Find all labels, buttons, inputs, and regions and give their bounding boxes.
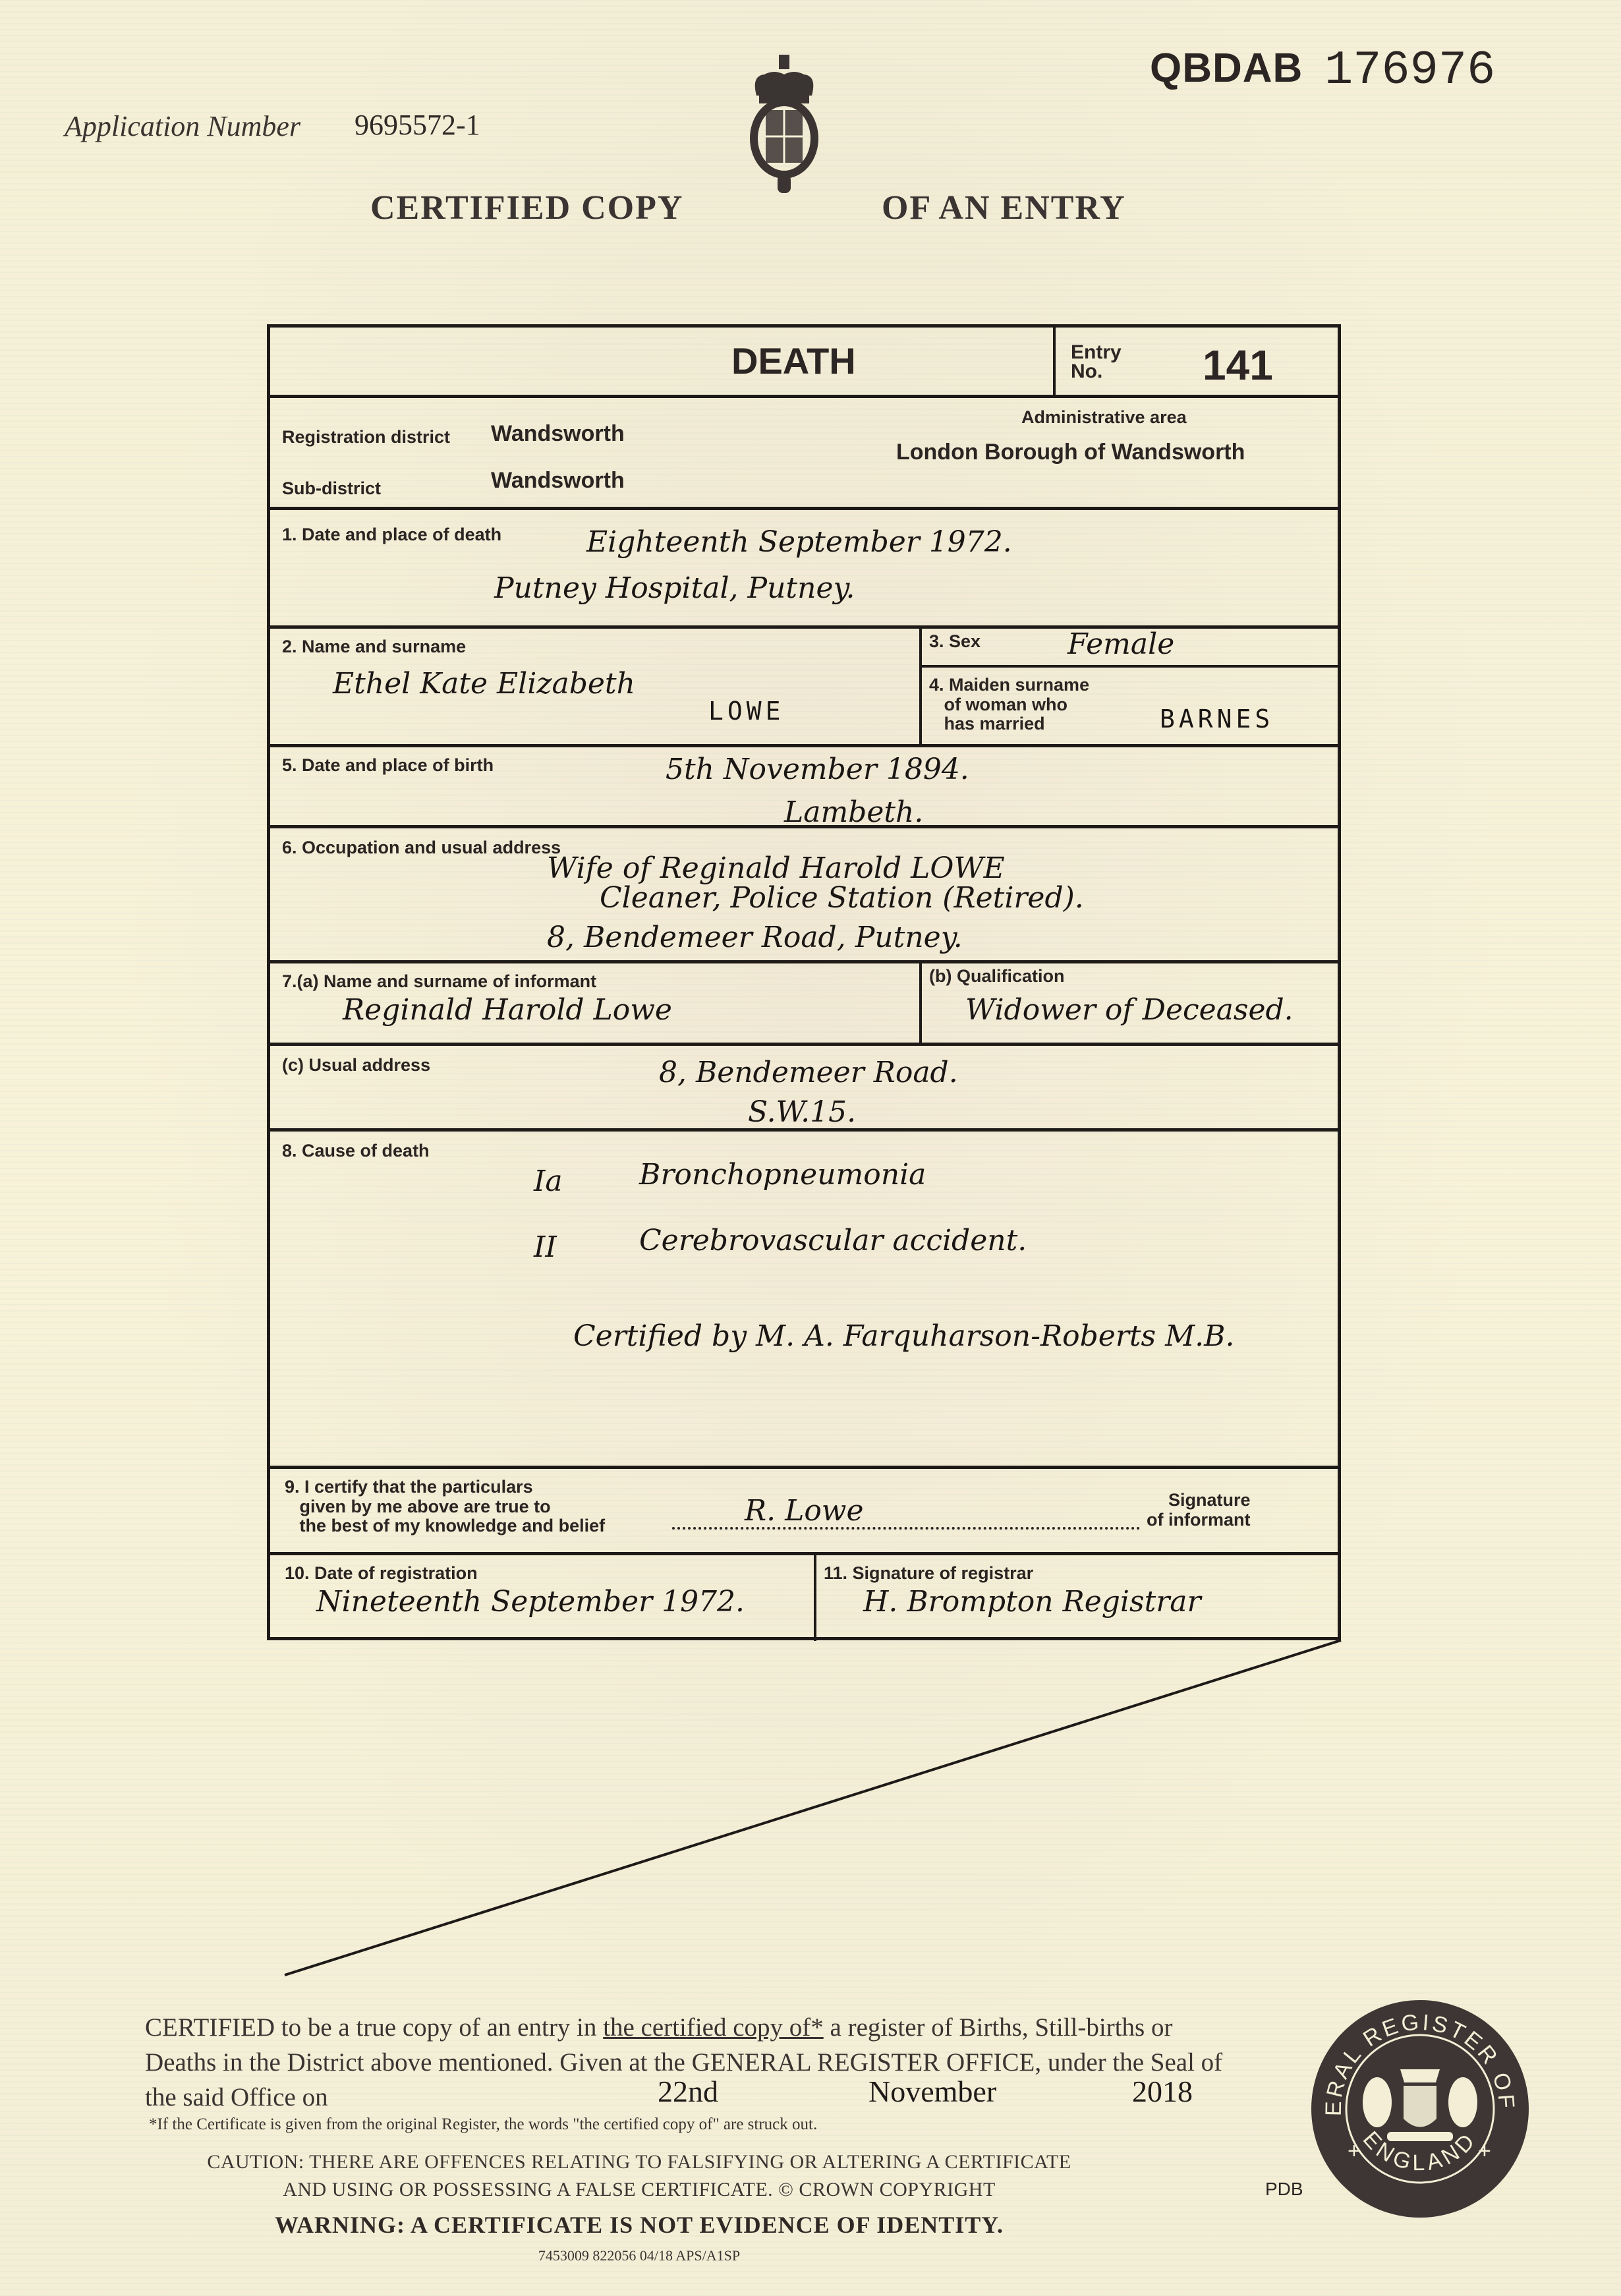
divider	[270, 825, 1338, 828]
cause-2-prefix: II	[534, 1230, 557, 1264]
royal-crest-icon	[745, 49, 824, 201]
issue-year: 2018	[1132, 2074, 1193, 2109]
registration-district: Wandsworth	[491, 421, 625, 447]
sex-value: Female	[1067, 627, 1174, 661]
place-of-birth: Lambeth.	[784, 795, 923, 829]
date-of-registration: Nineteenth September 1972.	[316, 1585, 745, 1619]
field-4-label: 4. Maiden surname of woman who has marri…	[929, 675, 1089, 734]
field-6-label: 6. Occupation and usual address	[282, 838, 561, 858]
general-register-office-seal-icon: GENERAL REGISTER OFFICE ENGLAND + +	[1308, 1997, 1532, 2221]
field-11-label: 11. Signature of registrar	[824, 1564, 1033, 1584]
application-number-label: Application Number	[65, 109, 300, 143]
cause-1a: Bronchopneumonia	[639, 1158, 926, 1191]
sub-district-label: Sub-district	[282, 479, 381, 499]
field-9-label: 9. I certify that the particulars given …	[285, 1478, 605, 1536]
sub-district: Wandsworth	[491, 468, 625, 494]
occupation-line-1: Wife of Reginald Harold LOWE	[547, 851, 1005, 885]
date-of-death: Eighteenth September 1972.	[586, 525, 1012, 559]
divider	[270, 960, 1338, 963]
entry-number: 141	[1203, 341, 1273, 389]
cause-2: Cerebrovascular accident.	[639, 1224, 1027, 1257]
field-7b-label: (b) Qualification	[929, 967, 1065, 987]
field-10-label: 10. Date of registration	[285, 1564, 478, 1584]
field-2-label: 2. Name and surname	[282, 637, 466, 657]
divider	[270, 1128, 1338, 1132]
place-of-death: Putney Hospital, Putney.	[494, 571, 855, 605]
field-7c-label: (c) Usual address	[282, 1056, 430, 1076]
form-type: DEATH	[731, 339, 856, 382]
field-1-label: 1. Date and place of death	[282, 525, 501, 545]
entry-no-label: EntryNo.	[1071, 343, 1122, 381]
divider	[814, 1552, 816, 1641]
divider	[270, 1552, 1338, 1555]
registration-district-label: Registration district	[282, 428, 450, 447]
title-certified-copy: CERTIFIED COPY	[370, 188, 683, 227]
deceased-forenames: Ethel Kate Elizabeth	[333, 667, 635, 701]
divider	[270, 1466, 1338, 1469]
title-of-an-entry: OF AN ENTRY	[882, 188, 1126, 227]
footnote: *If the Certificate is given from the or…	[149, 2115, 817, 2134]
caution-notice: CAUTION: THERE ARE OFFENCES RELATING TO …	[158, 2148, 1120, 2204]
divider	[919, 625, 922, 744]
administrative-area-label: Administrative area	[1021, 408, 1187, 428]
divider	[919, 665, 1341, 668]
serial-prefix: QBDAB	[1150, 45, 1303, 92]
field-5-label: 5. Date and place of birth	[282, 756, 494, 776]
informant-qualification: Widower of Deceased.	[965, 993, 1294, 1027]
issue-month: November	[868, 2074, 996, 2109]
certified-by: Certified by M. A. Farquharson-Roberts M…	[573, 1319, 1234, 1353]
registrar-signature: H. Brompton Registrar	[863, 1585, 1201, 1619]
divider	[270, 625, 1338, 629]
informant-address-line-2: S.W.15.	[748, 1095, 856, 1129]
divider	[270, 744, 1338, 747]
deceased-surname: LOWE	[708, 697, 785, 726]
divider	[270, 1043, 1338, 1046]
informant-name: Reginald Harold Lowe	[343, 993, 672, 1027]
administrative-area: London Borough of Wandsworth	[896, 440, 1245, 465]
field-7a-label: 7.(a) Name and surname of informant	[282, 972, 596, 992]
issue-day: 22nd	[658, 2074, 718, 2109]
cause-1a-prefix: Ia	[534, 1164, 563, 1198]
form-code: 7453009 822056 04/18 APS/A1SP	[158, 2247, 1120, 2264]
office-code: PDB	[1265, 2179, 1303, 2200]
maiden-surname: BARNES	[1160, 704, 1274, 733]
informant-signature: R. Lowe	[745, 1494, 864, 1528]
signature-dotted-line	[672, 1527, 1140, 1530]
usual-address: 8, Bendemeer Road, Putney.	[547, 921, 963, 954]
date-of-birth: 5th November 1894.	[666, 753, 969, 786]
svg-text:+: +	[1478, 2138, 1491, 2164]
divider	[270, 395, 1338, 398]
divider	[1053, 328, 1056, 397]
informant-address-line-1: 8, Bendemeer Road.	[659, 1056, 958, 1089]
application-number: 9695572-1	[355, 108, 480, 142]
svg-text:+: +	[1348, 2138, 1361, 2164]
divider	[270, 507, 1338, 510]
field-8-label: 8. Cause of death	[282, 1141, 430, 1161]
occupation-line-2: Cleaner, Police Station (Retired).	[600, 881, 1084, 915]
identity-warning: WARNING: A CERTIFICATE IS NOT EVIDENCE O…	[158, 2211, 1120, 2239]
field-3-label: 3. Sex	[929, 632, 981, 652]
serial-number: 176976	[1324, 43, 1495, 98]
certified-copy-phrase: the certified copy of*	[603, 2013, 824, 2042]
divider	[919, 960, 922, 1043]
signature-of-informant-label: Signatureof informant	[1147, 1491, 1250, 1530]
death-entry-form: DEATH EntryNo. 141 Registration district…	[267, 324, 1341, 1640]
